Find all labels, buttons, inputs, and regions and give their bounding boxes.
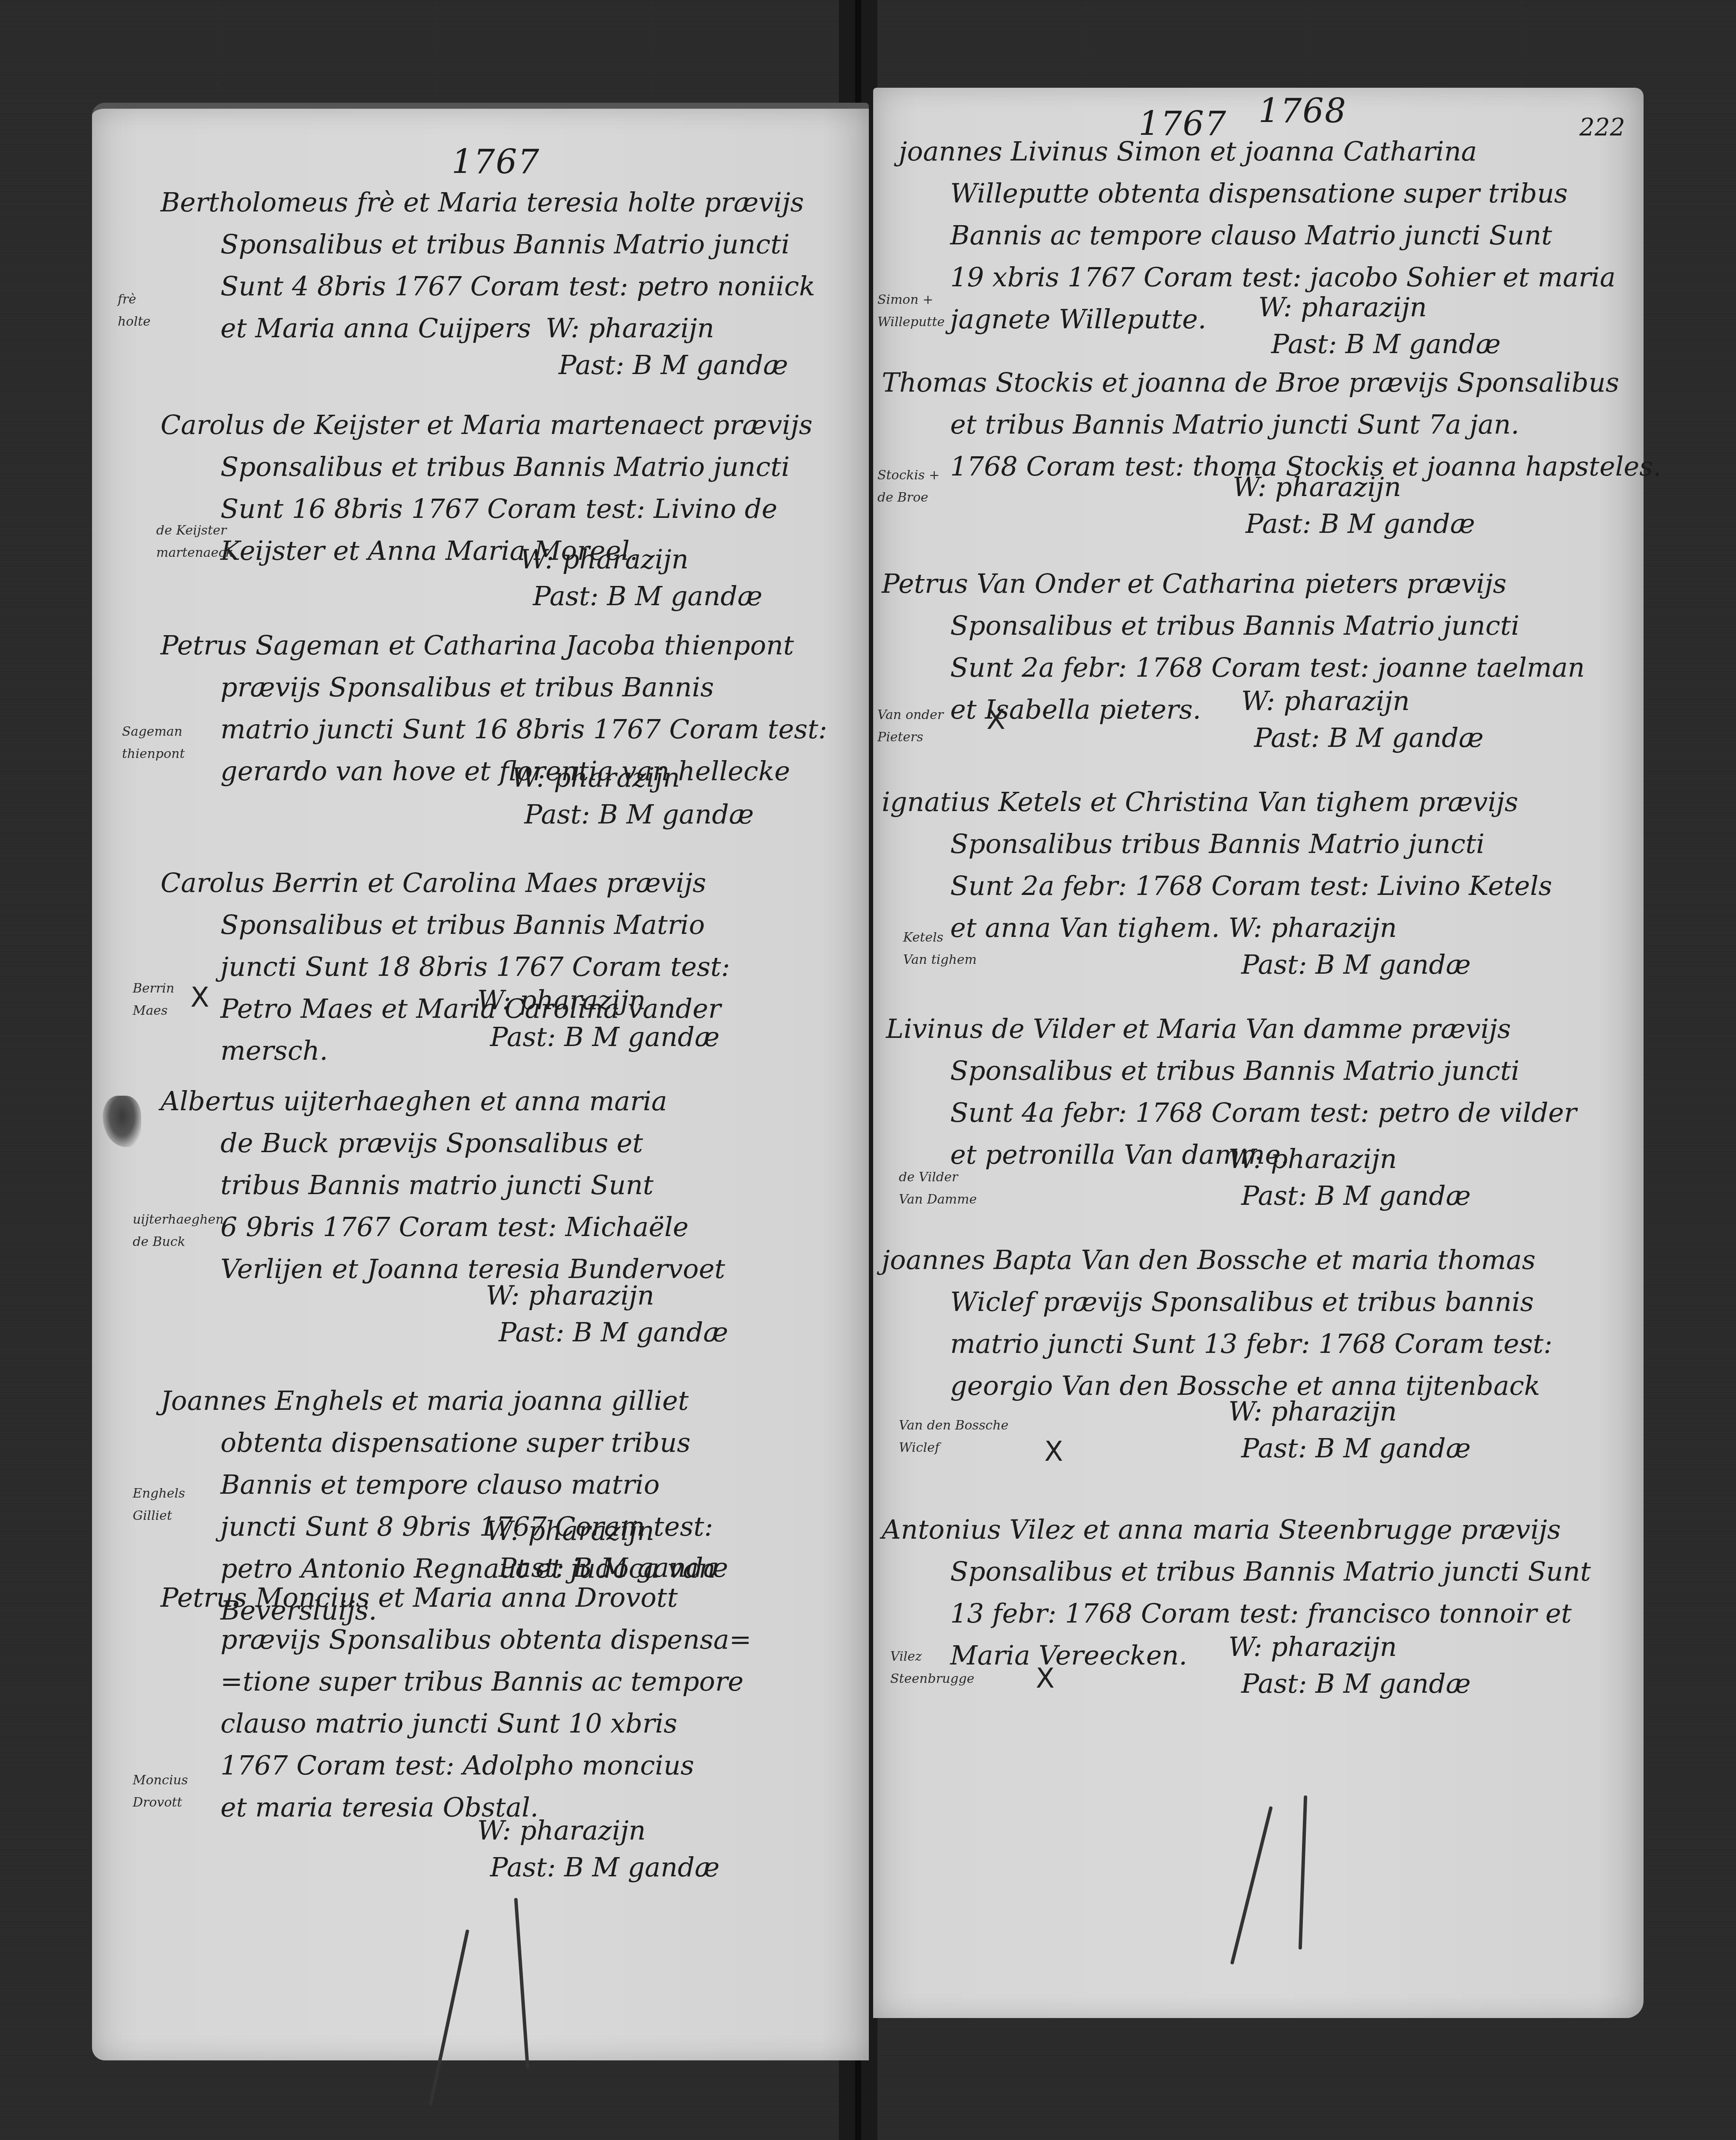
entry-line: ignatius Ketels et Christina Van tighem … <box>882 781 1552 823</box>
entry-line: tribus Bannis matrio juncti Sunt <box>220 1164 725 1206</box>
signature-title: Past: B M gandæ <box>499 1314 728 1351</box>
entry-line: Albertus uijterhaeghen et anna maria <box>161 1080 725 1122</box>
entry-line: Sponsalibus et tribus Bannis Matrio junc… <box>220 446 812 488</box>
left-page: 1767 Bertholomeus frè et Maria teresia h… <box>92 103 869 2060</box>
cross-mark-icon: X <box>1044 1436 1063 1468</box>
margin-surname: de Buck <box>133 1231 224 1253</box>
entry-line: =tione super tribus Bannis ac tempore <box>220 1661 752 1703</box>
entry-line: 1767 Coram test: Adolpho moncius <box>220 1745 752 1786</box>
entry-line: Sunt 4a febr: 1768 Coram test: petro de … <box>950 1092 1577 1134</box>
closing-flourish-stroke <box>1230 1806 1273 1965</box>
priest-signature: W: pharazijn Past: B M gandæ <box>1228 1393 1471 1467</box>
signature-name: W: pharazijn <box>1233 469 1475 505</box>
entry-line: Petrus Moncius et Maria anna Drovott <box>161 1577 752 1619</box>
entry-line: Sponsalibus et tribus Bannis Matrio junc… <box>950 1050 1577 1092</box>
margin-surname: Willeputte <box>877 311 945 333</box>
entry-line: Thomas Stockis et joanna de Broe prævijs… <box>882 362 1662 404</box>
margin-surname: de Keijster <box>156 520 233 542</box>
entry-line: 6 9bris 1767 Coram test: Michaële <box>220 1206 725 1248</box>
entry-line: Bannis ac tempore clauso Matrio juncti S… <box>950 214 1616 256</box>
entry-line: prævijs Sponsalibus obtenta dispensa= <box>220 1619 752 1661</box>
margin-surname: Stockis + <box>877 464 939 487</box>
entry-line: Carolus Berrin et Carolina Maes prævijs <box>161 862 730 904</box>
closing-flourish-stroke <box>514 1898 529 2069</box>
entry-line: clauso matrio juncti Sunt 10 xbris <box>220 1703 752 1745</box>
margin-surname: Simon + <box>877 289 945 311</box>
priest-signature: W: pharazijn Past: B M gandæ <box>1228 1141 1471 1214</box>
priest-signature: W: pharazijn Past: B M gandæ <box>511 759 754 833</box>
left-year-heading: 1767 <box>452 143 540 181</box>
signature-title: Past: B M gandæ <box>524 796 754 833</box>
signature-name: W: pharazijn <box>1228 1141 1471 1177</box>
priest-signature: W: pharazijn Past: B M gandæ <box>1228 1629 1471 1702</box>
signature-title: Past: B M gandæ <box>1241 946 1471 983</box>
signature-title: Past: B M gandæ <box>1241 1665 1471 1702</box>
entry-line: Sponsalibus tribus Bannis Matrio juncti <box>950 823 1552 865</box>
margin-surname: Van Damme <box>899 1189 977 1211</box>
priest-signature: W: pharazijn Past: B M gandæ <box>520 541 762 615</box>
signature-title: Past: B M gandæ <box>1254 719 1483 756</box>
entry-line: Petrus Van Onder et Catharina pieters pr… <box>882 563 1585 605</box>
margin-note: uijterhaeghen de Buck <box>133 1209 224 1253</box>
margin-surname: de Broe <box>877 487 939 509</box>
margin-surname: Steenbrugge <box>890 1668 974 1690</box>
entry-line: Bannis et tempore clauso matrio <box>220 1464 716 1506</box>
signature-name: W: pharazijn <box>486 1277 728 1314</box>
priest-signature: W: pharazijn Past: B M gandæ <box>486 1513 728 1586</box>
margin-note: Vilez Steenbrugge <box>890 1646 974 1690</box>
entry-line: Carolus de Keijster et Maria martenaect … <box>161 404 812 446</box>
signature-name: W: pharazijn <box>1228 1629 1471 1665</box>
margin-surname: Drovott <box>133 1792 188 1814</box>
entry-line: Sunt 4 8bris 1767 Coram test: petro noni… <box>220 265 815 307</box>
margin-surname: Sageman <box>122 721 185 743</box>
signature-title: Past: B M gandæ <box>533 578 762 615</box>
entry-line: Petrus Sageman et Catharina Jacoba thien… <box>161 624 827 666</box>
priest-signature: W: pharazijn Past: B M gandæ <box>477 1812 719 1886</box>
signature-title: Past: B M gandæ <box>1271 326 1501 363</box>
margin-surname: uijterhaeghen <box>133 1209 224 1231</box>
margin-surname: Enghels <box>133 1483 185 1505</box>
register-entry: Petrus Moncius et Maria anna Drovott præ… <box>220 1577 752 1828</box>
margin-note: Ketels Van tighem <box>903 927 977 971</box>
entry-line: matrio juncti Sunt 16 8bris 1767 Coram t… <box>220 708 827 750</box>
margin-surname: Van onder <box>877 704 943 726</box>
margin-surname: Wiclef <box>899 1437 1008 1459</box>
priest-signature: W: pharazijn Past: B M gandæ <box>1241 683 1483 756</box>
signature-name: W: pharazijn <box>1228 1393 1471 1430</box>
entry-line: Bertholomeus frè et Maria teresia holte … <box>161 181 815 223</box>
entry-line: Sponsalibus et tribus Bannis Matrio <box>220 904 730 946</box>
margin-surname: Moncius <box>133 1769 188 1792</box>
margin-note: frè holte <box>118 288 151 333</box>
right-year-heading: 1768 <box>1258 92 1347 131</box>
margin-surname: Maes <box>133 1000 174 1022</box>
margin-surname: Van den Bossche <box>899 1415 1008 1437</box>
margin-note: Moncius Drovott <box>133 1769 188 1814</box>
entry-line: Joannes Enghels et maria joanna gilliet <box>161 1380 716 1422</box>
margin-surname: martenaeck <box>156 542 233 564</box>
entry-line: Sunt 16 8bris 1767 Coram test: Livino de <box>220 488 812 530</box>
signature-title: Past: B M gandæ <box>490 1019 719 1055</box>
entry-line: Willeputte obtenta dispensatione super t… <box>950 172 1616 214</box>
margin-note: Berrin Maes <box>133 978 174 1022</box>
signature-title: Past: B M gandæ <box>559 347 788 383</box>
entry-line: Sponsalibus et tribus Bannis Matrio junc… <box>950 605 1585 647</box>
signature-name: W: pharazijn <box>1258 289 1501 326</box>
cross-mark-icon: X <box>987 704 1005 736</box>
priest-signature: W: pharazijn Past: B M gandæ <box>477 982 719 1055</box>
margin-surname: Van tighem <box>903 949 977 971</box>
entry-line: obtenta dispensatione super tribus <box>220 1422 716 1464</box>
signature-name: W: pharazijn <box>1241 683 1483 719</box>
priest-signature: W: pharazijn Past: B M gandæ <box>486 1277 728 1351</box>
cross-mark-icon: X <box>190 982 209 1014</box>
entry-line: joannes Bapta Van den Bossche et maria t… <box>882 1239 1552 1281</box>
margin-surname: frè <box>118 288 151 311</box>
signature-title: Past: B M gandæ <box>1246 505 1475 542</box>
signature-name: W: pharazijn <box>546 310 788 347</box>
entry-line: Livinus de Vilder et Maria Van damme præ… <box>886 1008 1577 1050</box>
margin-note: Sageman thienpont <box>122 721 185 765</box>
margin-note: de Vilder Van Damme <box>899 1166 977 1211</box>
margin-surname: Berrin <box>133 978 174 1000</box>
entry-line: Sponsalibus et tribus Bannis Matrio junc… <box>220 223 815 265</box>
cross-mark-icon: X <box>1036 1663 1055 1694</box>
entry-line: Sunt 2a febr: 1768 Coram test: Livino Ke… <box>950 865 1552 907</box>
margin-note: de Keijster martenaeck <box>156 520 233 564</box>
entry-line: matrio juncti Sunt 13 febr: 1768 Coram t… <box>950 1323 1552 1365</box>
entry-line: et tribus Bannis Matrio juncti Sunt 7a j… <box>950 404 1662 446</box>
margin-surname: Vilez <box>890 1646 974 1668</box>
priest-signature: W: pharazijn Past: B M gandæ <box>1233 469 1475 542</box>
signature-title: Past: B M gandæ <box>1241 1177 1471 1214</box>
signature-name: W: pharazijn <box>511 759 754 796</box>
margin-surname: thienpont <box>122 743 185 765</box>
signature-name: W: pharazijn <box>1228 909 1471 946</box>
entry-line: joannes Livinus Simon et joanna Catharin… <box>899 131 1616 172</box>
closing-flourish-stroke <box>1299 1795 1308 1950</box>
margin-note: Van onder Pieters <box>877 704 943 749</box>
margin-surname: holte <box>118 311 151 333</box>
margin-surname: de Vilder <box>899 1166 977 1189</box>
entry-line: Sponsalibus et tribus Bannis Matrio junc… <box>950 1551 1591 1593</box>
signature-name: W: pharazijn <box>486 1513 728 1549</box>
margin-note: Van den Bossche Wiclef <box>899 1415 1008 1459</box>
priest-signature: W: pharazijn Past: B M gandæ <box>1258 289 1501 363</box>
margin-surname: Gilliet <box>133 1505 185 1527</box>
priest-signature: W: pharazijn Past: B M gandæ <box>546 310 788 383</box>
margin-surname: Ketels <box>903 927 977 949</box>
entry-line: de Buck prævijs Sponsalibus et <box>220 1122 725 1164</box>
register-entry: joannes Bapta Van den Bossche et maria t… <box>950 1239 1552 1407</box>
entry-line: Antonius Vilez et anna maria Steenbrugge… <box>882 1509 1591 1551</box>
signature-name: W: pharazijn <box>520 541 762 578</box>
entry-line: prævijs Sponsalibus et tribus Bannis <box>220 666 827 708</box>
signature-name: W: pharazijn <box>477 1812 719 1849</box>
margin-surname: Pieters <box>877 726 943 749</box>
signature-title: Past: B M gandæ <box>1241 1430 1471 1467</box>
register-entry: Albertus uijterhaeghen et anna maria de … <box>220 1080 725 1290</box>
margin-note: Stockis + de Broe <box>877 464 939 509</box>
margin-note: Simon + Willeputte <box>877 289 945 333</box>
signature-title: Past: B M gandæ <box>490 1849 719 1886</box>
right-page: 1767 1768 222 joannes Livinus Simon et j… <box>873 88 1644 2018</box>
signature-name: W: pharazijn <box>477 982 719 1019</box>
margin-note: Enghels Gilliet <box>133 1483 185 1527</box>
entry-line: Wiclef prævijs Sponsalibus et tribus ban… <box>950 1281 1552 1323</box>
priest-signature: W: pharazijn Past: B M gandæ <box>1228 909 1471 983</box>
